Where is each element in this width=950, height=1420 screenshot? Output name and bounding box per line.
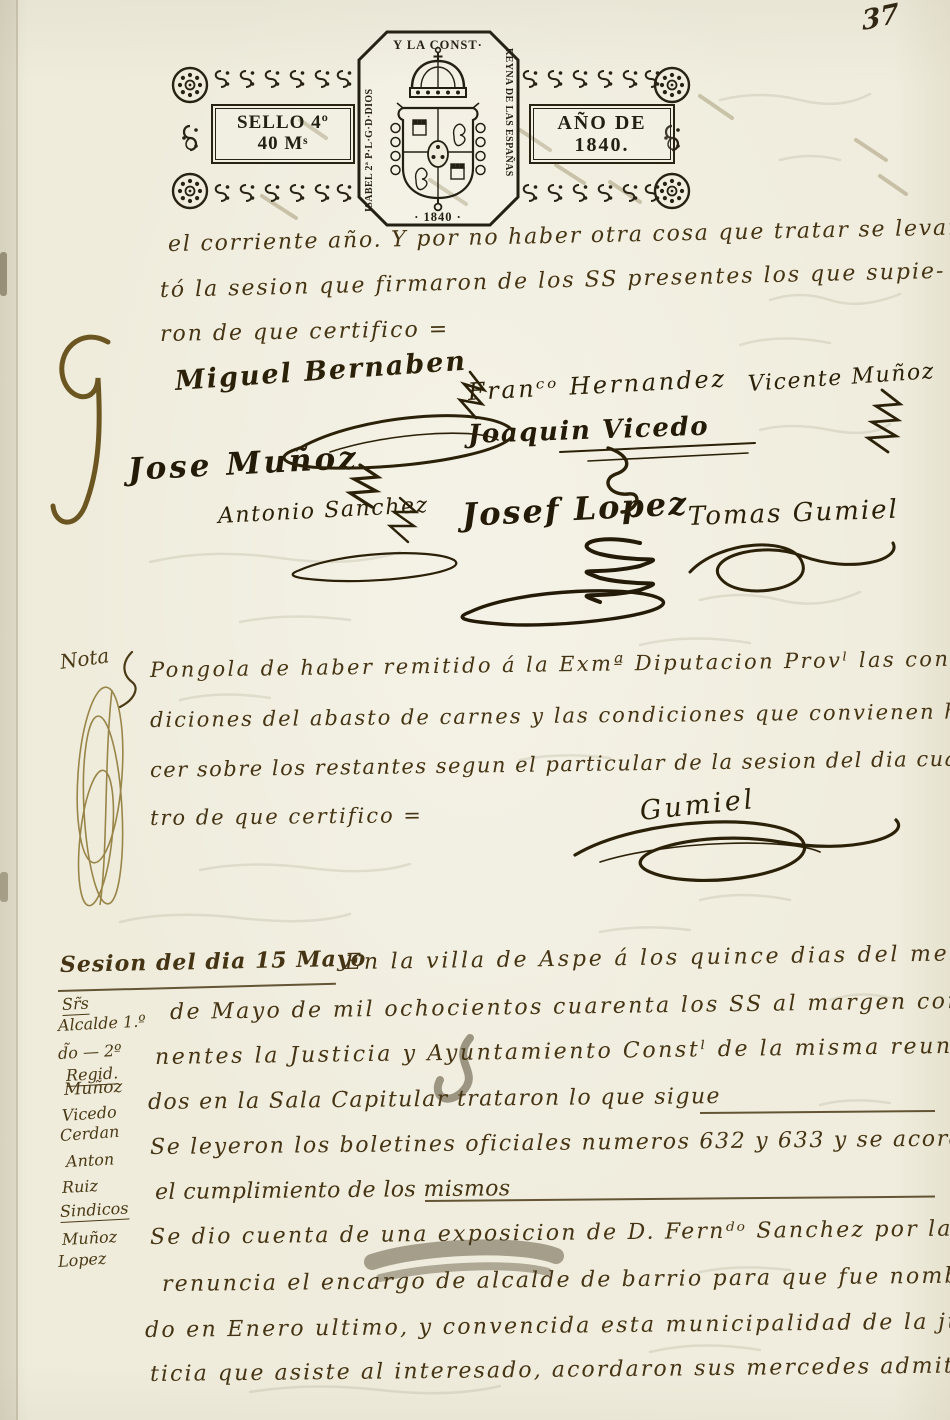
manuscript-page: 37 <box>0 0 950 1420</box>
stamp-class-box: SELLO 4º 40 Mˢ <box>211 104 355 164</box>
revenue-stamp: SELLO 4º 40 Mˢ AÑO DE 1840. Y LA CONST· … <box>165 28 697 233</box>
seal-legend-bottom: · 1840 · <box>414 210 462 224</box>
margin-attendee: Sr̃s <box>62 994 90 1014</box>
stamp-class-label: SELLO 4º <box>237 113 329 134</box>
stamp-seal: Y LA CONST· · 1840 · ISABEL 2ª P·L·G·D·D… <box>357 30 520 227</box>
stamp-year-box: AÑO DE 1840. <box>529 104 675 164</box>
margin-attendee: Anton <box>66 1149 115 1170</box>
seal-legend-right: REYNA DE LAS ESPAÑAS <box>503 48 515 177</box>
stamp-year-label: AÑO DE <box>557 112 646 134</box>
seal-legend-left: ISABEL 2ª P·L·G·D·DIOS <box>364 88 375 212</box>
nota-line: tro de que certifico = <box>150 803 423 830</box>
seal-legend-top: Y LA CONST· <box>393 38 483 52</box>
margin-attendee: Sindicos <box>60 1198 129 1221</box>
margin-attendee: Lopez <box>57 1249 107 1271</box>
stamp-year-value: 1840. <box>575 134 630 156</box>
margin-attendee: Ruiz <box>62 1176 99 1197</box>
closing-line: ron de que certifico = <box>160 317 450 347</box>
margin-attendee: Muñoz <box>62 1227 118 1249</box>
margin-attendee: Muñoz <box>63 1077 122 1100</box>
margin-attendee: d̃o — 2º <box>58 1041 123 1063</box>
stamp-price-label: 40 Mˢ <box>258 134 309 155</box>
